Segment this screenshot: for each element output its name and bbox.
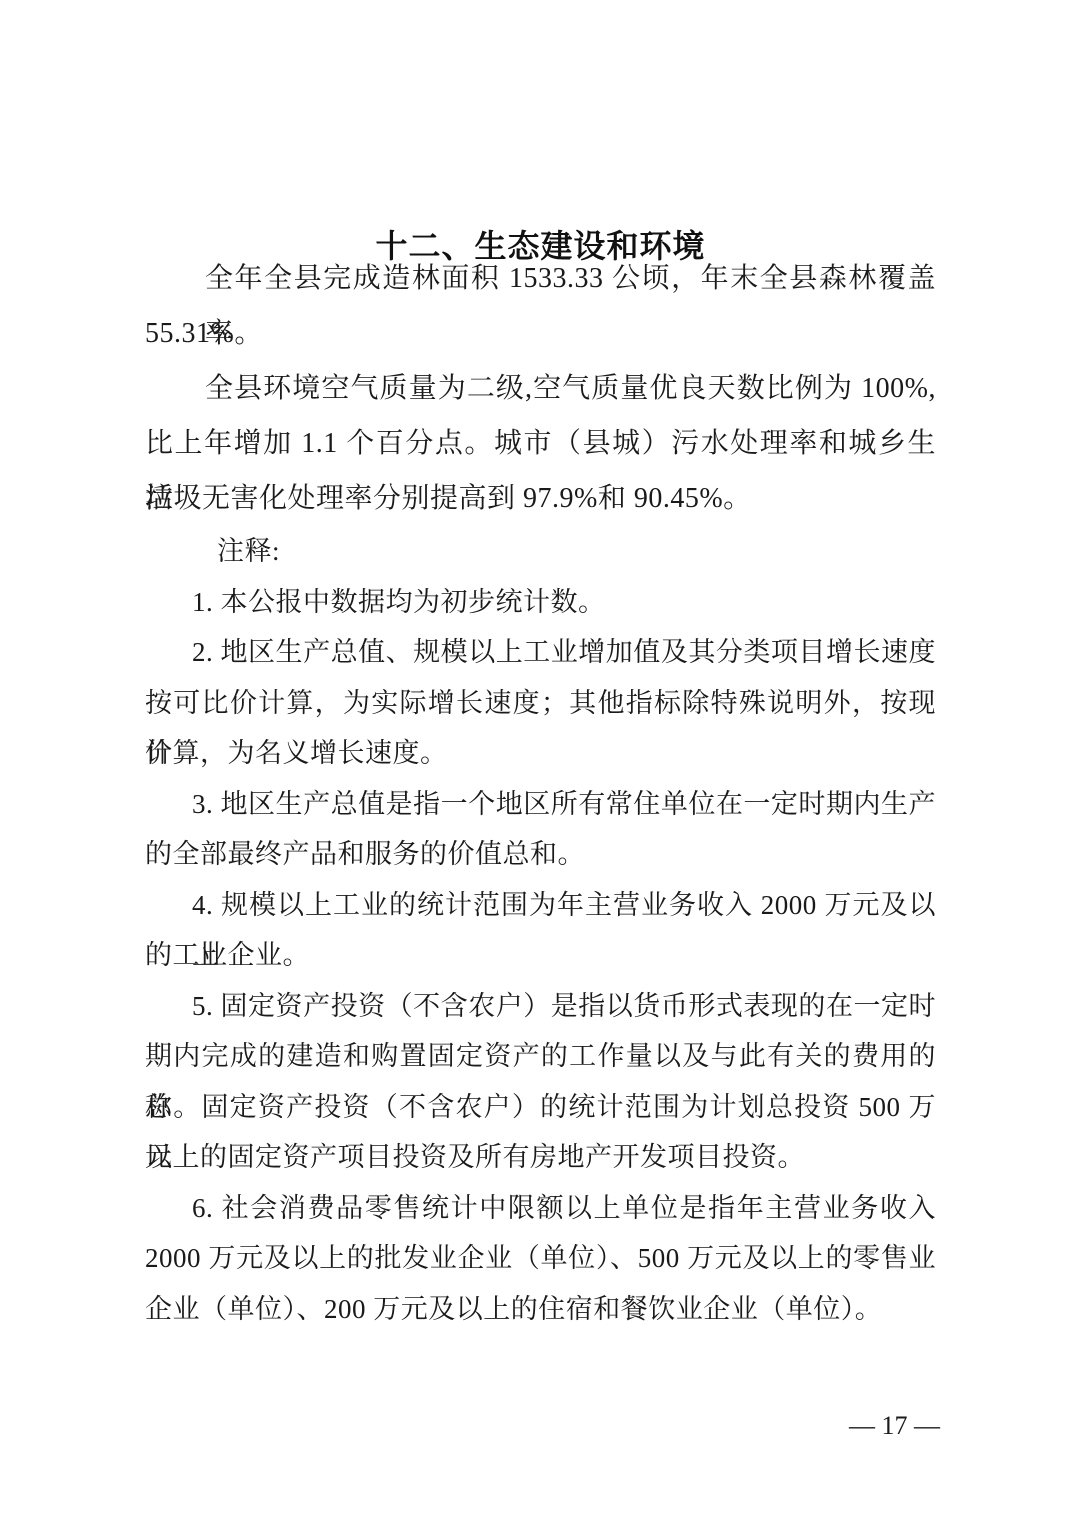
- document-page: 十二、生态建设和环境 全年全县完成造林面积 1533.33 公顷，年末全县森林覆…: [0, 0, 1074, 1520]
- text-line: 以上的固定资产项目投资及所有房地产开发项目投资。: [145, 1132, 936, 1183]
- text-line: 2000 万元及以上的批发业企业（单位）、500 万元及以上的零售业: [145, 1233, 936, 1284]
- text-line: 4. 规模以上工业的统计范围为年主营业务收入 2000 万元及以上: [145, 880, 936, 931]
- text-line: 2. 地区生产总值、规模以上工业增加值及其分类项目增长速度: [145, 627, 936, 678]
- text-line: 按可比价计算，为实际增长速度；其他指标除特殊说明外，按现价: [145, 678, 936, 729]
- text-line: 称。固定资产投资（不含农户）的统计范围为计划总投资 500 万元: [145, 1082, 936, 1133]
- page-number: — 17 —: [849, 1411, 940, 1440]
- text-line: 55.31%。: [145, 306, 936, 361]
- text-line: 5. 固定资产投资（不含农户）是指以货币形式表现的在一定时: [145, 981, 936, 1032]
- document-body: 全年全县完成造林面积 1533.33 公顷，年末全县森林覆盖率55.31%。全县…: [145, 251, 936, 1334]
- text-line: 垃圾无害化处理率分别提高到 97.9%和 90.45%。: [145, 471, 936, 526]
- page-footer: — 17 —: [849, 1410, 940, 1442]
- text-line: 1. 本公报中数据均为初步统计数。: [145, 577, 936, 628]
- text-line: 计算，为名义增长速度。: [145, 728, 936, 779]
- text-line: 3. 地区生产总值是指一个地区所有常住单位在一定时期内生产: [145, 779, 936, 830]
- text-line: 注释:: [145, 526, 936, 577]
- text-line: 全县环境空气质量为二级,空气质量优良天数比例为 100%,: [145, 361, 936, 416]
- text-line: 比上年增加 1.1 个百分点。城市（县城）污水处理率和城乡生活: [145, 416, 936, 471]
- text-line: 的工业企业。: [145, 930, 936, 981]
- text-line: 全年全县完成造林面积 1533.33 公顷，年末全县森林覆盖率: [145, 251, 936, 306]
- text-line: 期内完成的建造和购置固定资产的工作量以及与此有关的费用的总: [145, 1031, 936, 1082]
- text-line: 企业（单位）、200 万元及以上的住宿和餐饮业企业（单位）。: [145, 1284, 936, 1335]
- text-line: 的全部最终产品和服务的价值总和。: [145, 829, 936, 880]
- text-line: 6. 社会消费品零售统计中限额以上单位是指年主营业务收入: [145, 1183, 936, 1234]
